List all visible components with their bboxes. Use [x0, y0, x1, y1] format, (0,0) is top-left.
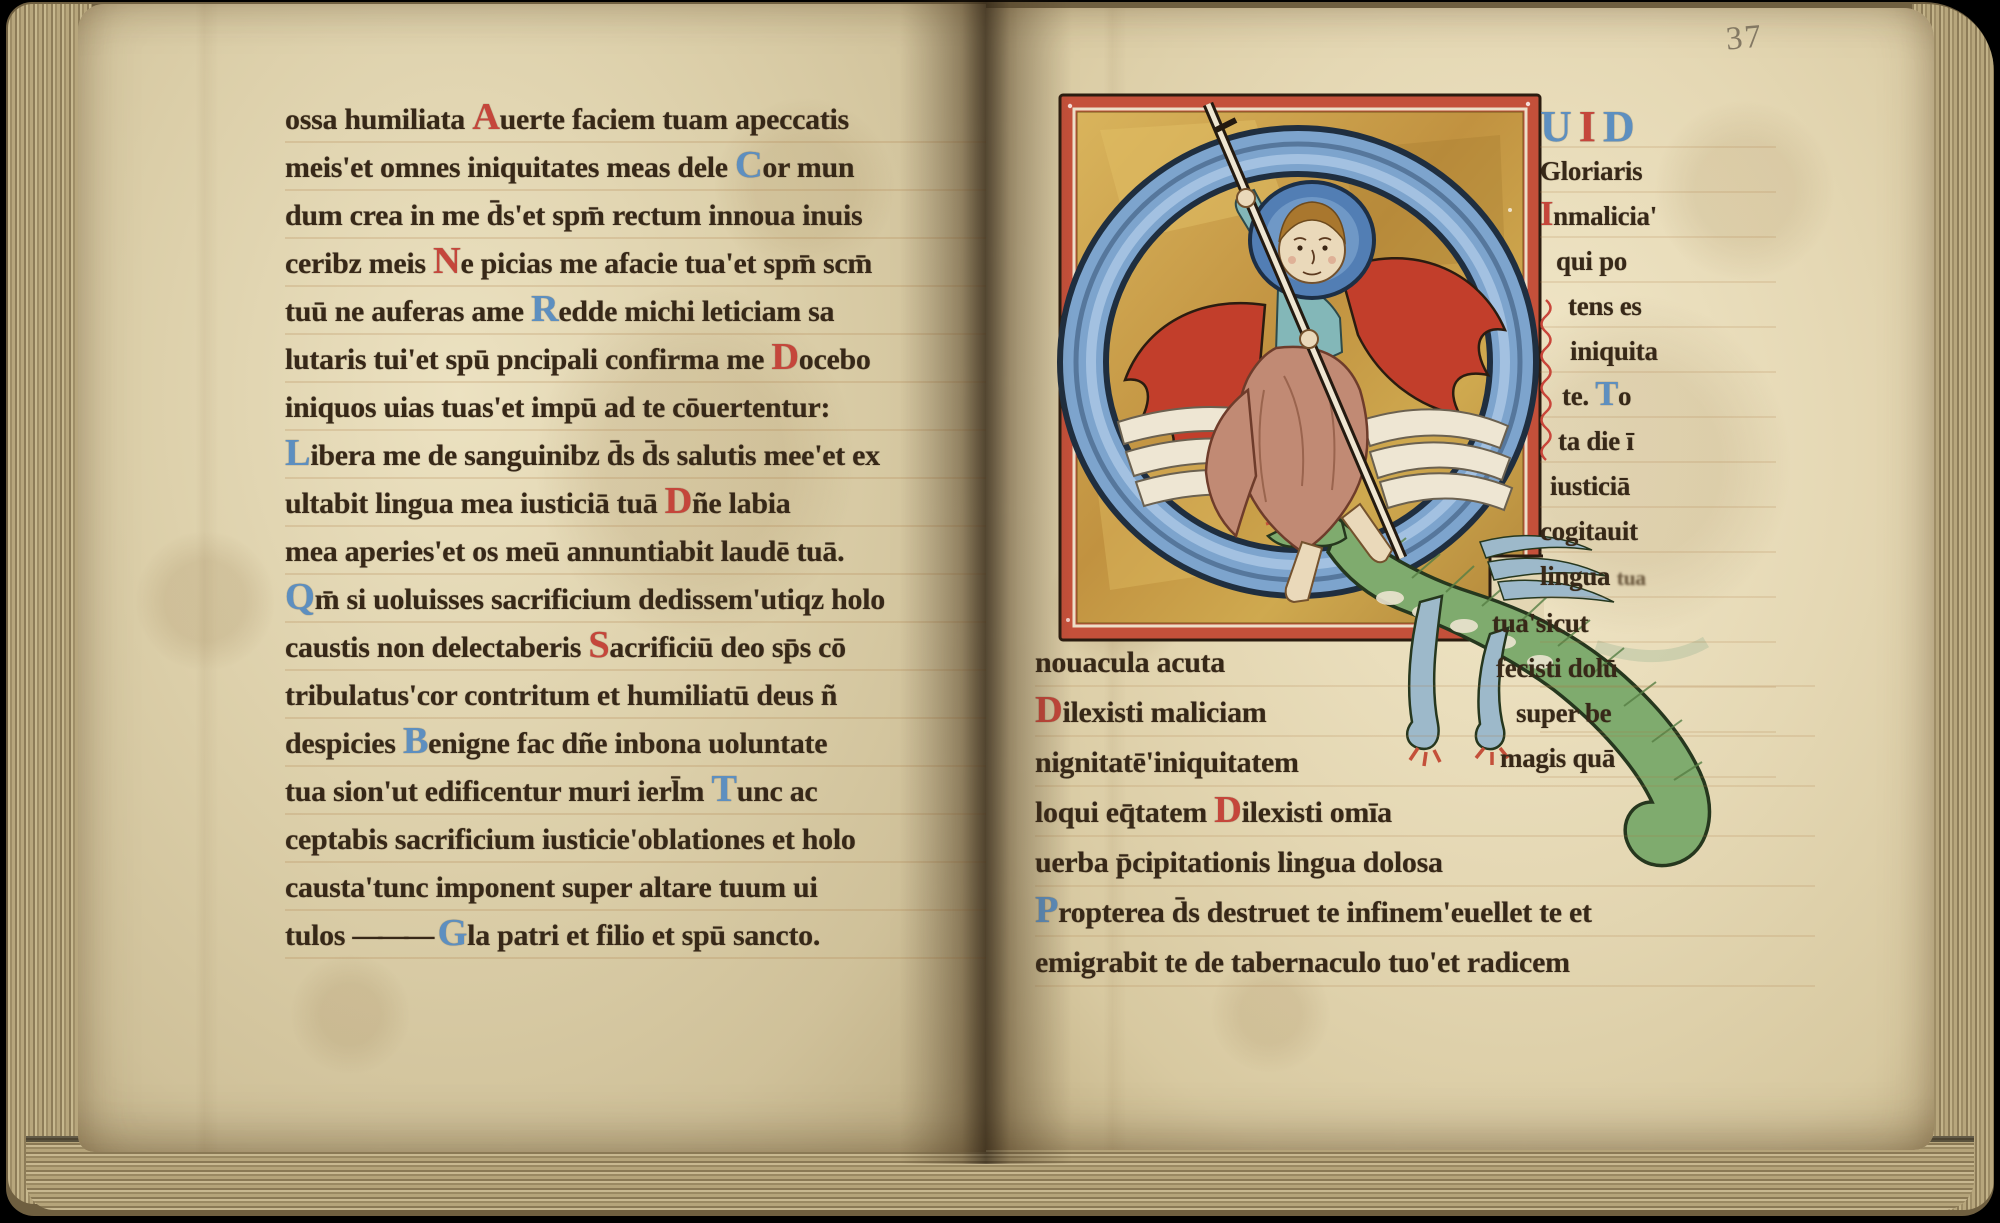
text-line: despicies Benigne fac dñe inbona uolunta… [285, 720, 1001, 768]
right-page: 37 [986, 8, 1934, 1150]
left-page: ossa humiliata Auerte faciem tuam apecca… [78, 4, 986, 1152]
text-line: iusticiā [1540, 464, 1776, 509]
text-line: ceptabis sacrificium iusticie'oblationes… [285, 816, 1001, 864]
text-line: causta'tunc imponent super altare tuum u… [285, 864, 1001, 912]
text-line: qui po [1540, 239, 1776, 284]
text-line: loqui eq̄tatem Dilexisti omīa [1035, 788, 1815, 838]
folio-number: 37 [1724, 18, 1764, 58]
text-line: te. To [1540, 374, 1776, 419]
text-line: tens es [1540, 284, 1776, 329]
text-line: tuū ne auferas ame Redde michi leticiam … [285, 288, 1001, 336]
text-line: mea aperies'et os meū annuntiabit laudē … [285, 528, 1001, 576]
text-line: tribulatus'cor contritum et humiliatū de… [285, 672, 1001, 720]
text-line: caustis non delectaberis Sacrificiū deo … [285, 624, 1001, 672]
text-line: cogitauit [1540, 509, 1776, 554]
text-line: Inmalicia' [1540, 194, 1776, 239]
text-line: nouacula acuta [1035, 638, 1815, 688]
manuscript-photo: ossa humiliata Auerte faciem tuam apecca… [0, 0, 2000, 1223]
text-line: Propterea d̄s destruet te infinem'euelle… [1035, 888, 1815, 938]
text-line: ossa humiliata Auerte faciem tuam apecca… [285, 96, 1001, 144]
text-line: tulos ——— Gla patri et filio et spū sanc… [285, 912, 1001, 960]
right-lower-text: nouacula acutaDilexisti maliciamnignitat… [1035, 638, 1815, 988]
text-line: dum crea in me d̄s'et spm̄ rectum innoua… [285, 192, 1001, 240]
text-line: emigrabit te de tabernaculo tuo'et radic… [1035, 938, 1815, 988]
text-line: Qm̄ si uoluisses sacrificium dedissem'ut… [285, 576, 1001, 624]
text-line: nignitatē'iniquitatem [1035, 738, 1815, 788]
text-line: iniquita [1540, 329, 1776, 374]
text-line: uerba p̄cipitationis lingua dolosa [1035, 838, 1815, 888]
text-line: ta die ī [1540, 419, 1776, 464]
text-line: UID [1540, 104, 1776, 149]
text-line: Gloriaris [1540, 149, 1776, 194]
text-line: ultabit lingua mea iusticiā tuā Dñe labi… [285, 480, 1001, 528]
left-page-text: ossa humiliata Auerte faciem tuam apecca… [285, 96, 1001, 960]
text-line: tua sion'ut edificentur muri ierl̄m Tunc… [285, 768, 1001, 816]
text-line: iniquos uias tuas'et impū ad te cōuerten… [285, 384, 1001, 432]
text-line: lutaris tui'et spū pncipali confirma me … [285, 336, 1001, 384]
text-line: meis'et omnes iniquitates meas dele Cor … [285, 144, 1001, 192]
text-line: ceribz meis Ne picias me afacie tua'et s… [285, 240, 1001, 288]
text-line: lingua tua [1540, 554, 1776, 601]
text-line: Libera me de sanguinibz d̄s d̄s salutis … [285, 432, 1001, 480]
text-line: Dilexisti maliciam [1035, 688, 1815, 738]
